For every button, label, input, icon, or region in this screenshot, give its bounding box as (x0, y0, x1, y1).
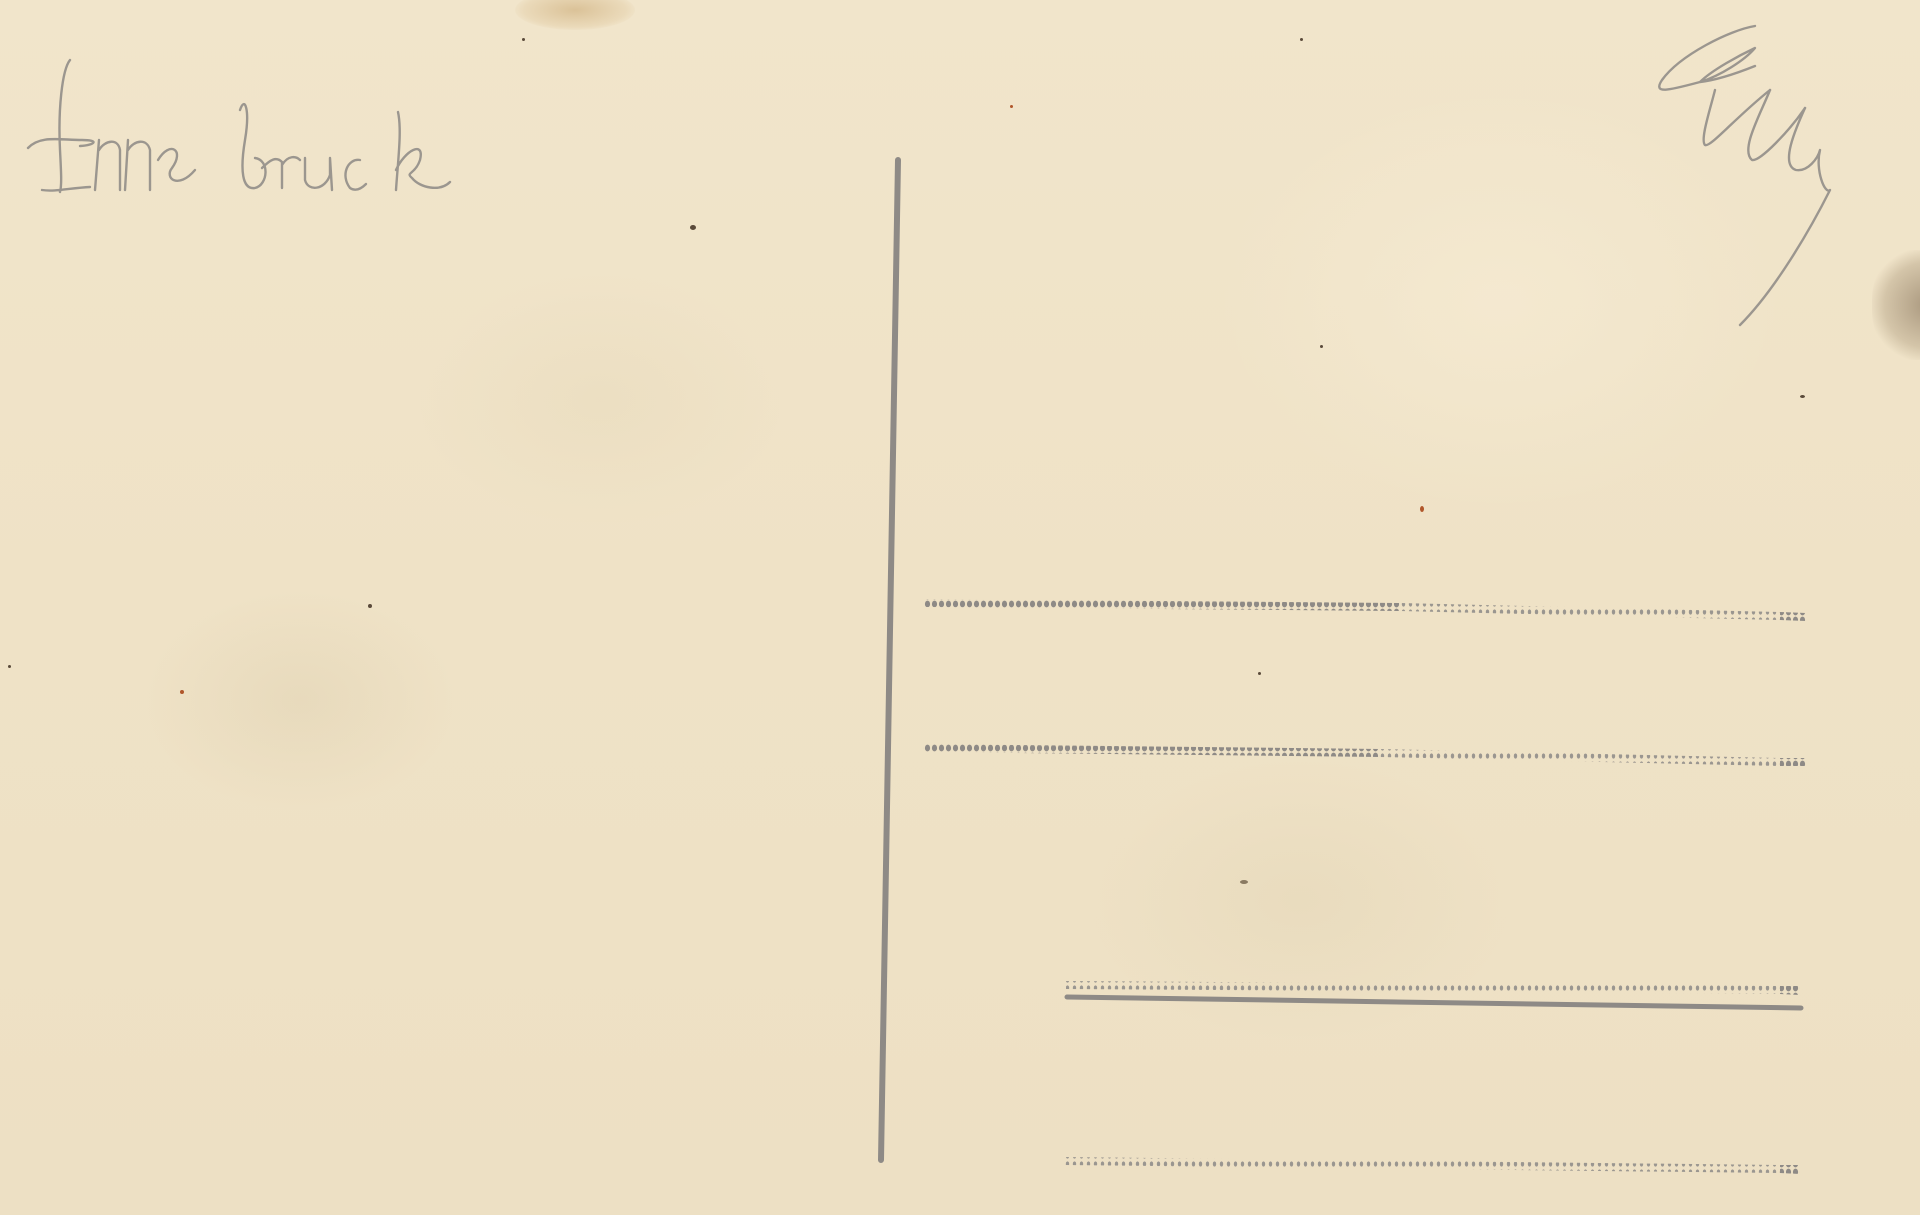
address-line-3 (1066, 981, 1801, 1008)
handwritten-place-text: Innsbruck (25, 55, 30, 56)
handwritten-place-region: Innsbruck (25, 55, 455, 205)
address-line-4 (1064, 1157, 1800, 1174)
divider-line (881, 160, 898, 1160)
address-line-1 (924, 599, 1806, 621)
handwritten-signature-region: Elly (1655, 25, 1840, 330)
handwritten-signature-text: Elly (1655, 25, 1657, 26)
postcard-back: Innsbruck Elly (0, 0, 1920, 1215)
address-line-2 (923, 744, 1806, 766)
